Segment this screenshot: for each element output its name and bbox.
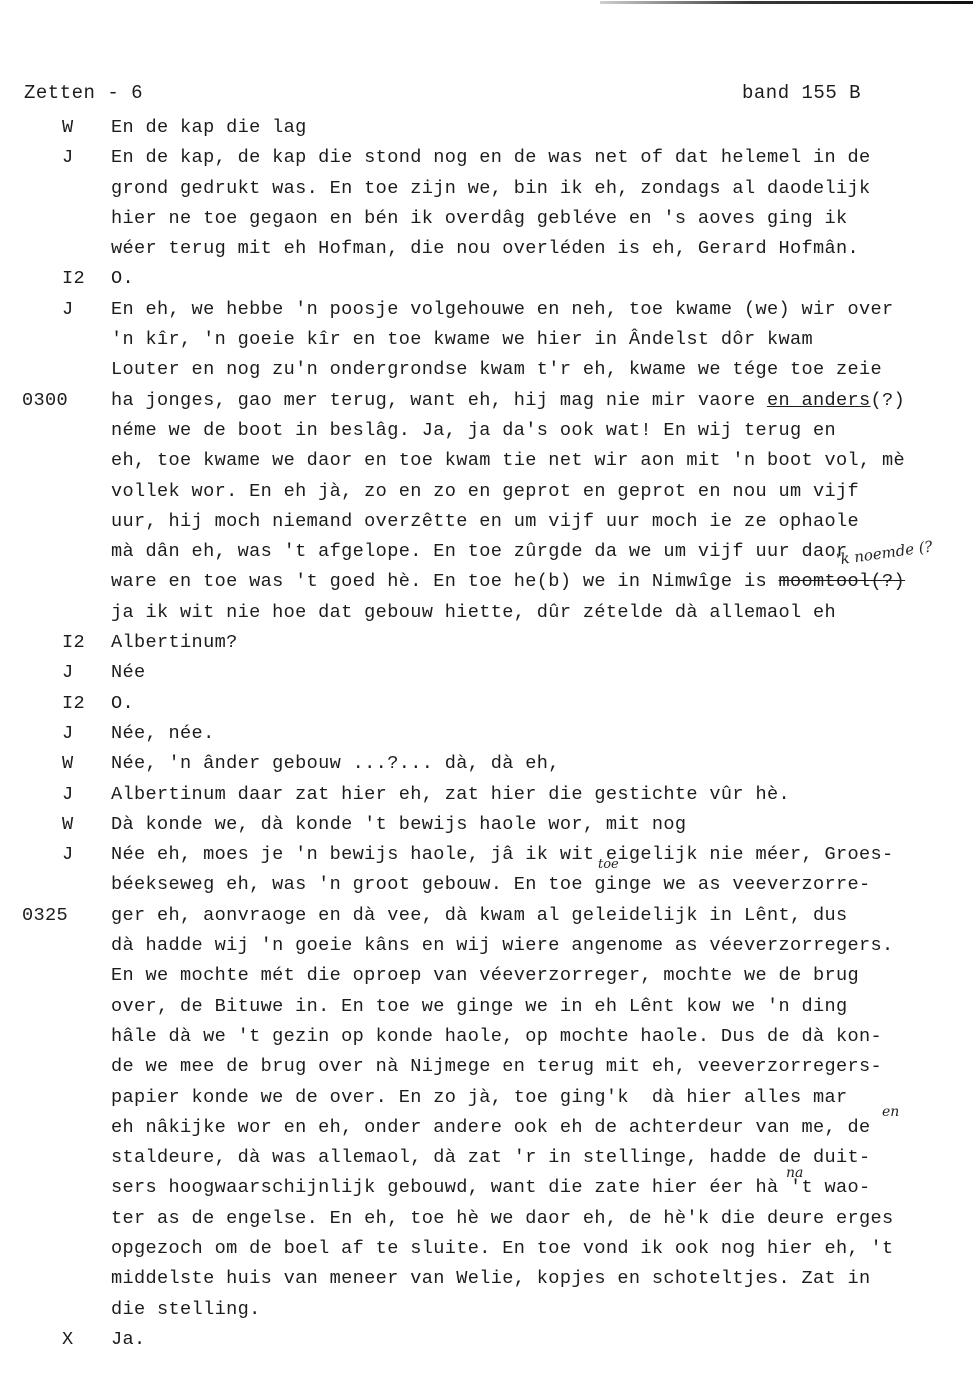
utterance-main: ware en toe was 't goed hè. En toe he(b)… xyxy=(111,571,778,592)
utterance-text: Née, 'n ânder gebouw ...?... dà, dà eh, xyxy=(111,749,560,779)
utterance-text: En eh, we hebbe 'n poosje volgehouwe en … xyxy=(111,295,894,325)
utterance-main: En de kap die lag xyxy=(111,117,307,138)
utterance-main: uur, hij moch niemand overzêtte en um vi… xyxy=(111,511,859,532)
utterance-main: grond gedrukt was. En toe zijn we, bin i… xyxy=(111,178,871,199)
speaker-label: W xyxy=(62,810,106,840)
transcript-line: En we mochte mét die oproep van véeverzo… xyxy=(0,961,973,991)
utterance-text: Née eh, moes je 'n bewijs haole, jâ ik w… xyxy=(111,840,894,870)
transcript-line: 0300ha jonges, gao mer terug, want eh, h… xyxy=(0,386,973,416)
transcript-line: opgezoch om de boel af te sluite. En toe… xyxy=(0,1234,973,1264)
speaker-label: J xyxy=(62,719,106,749)
transcript-line: die stelling. xyxy=(0,1295,973,1325)
transcript-line: JAlbertinum daar zat hier eh, zat hier d… xyxy=(0,780,973,810)
handwritten-annotation-en: en xyxy=(882,1104,899,1120)
utterance-text: hâle dà we 't gezin op konde haole, op m… xyxy=(111,1022,882,1052)
transcript-line: grond gedrukt was. En toe zijn we, bin i… xyxy=(0,174,973,204)
speaker-label: I2 xyxy=(62,264,106,294)
utterance-text: de we mee de brug over nà Nijmege en ter… xyxy=(111,1052,882,1082)
transcript-line: néme we de boot in beslâg. Ja, ja da's o… xyxy=(0,416,973,446)
utterance-main: over, de Bituwe in. En toe we ginge we i… xyxy=(111,996,848,1017)
transcript-line: middelste huis van meneer van Welie, kop… xyxy=(0,1264,973,1294)
utterance-text: opgezoch om de boel af te sluite. En toe… xyxy=(111,1234,894,1264)
speaker-label: J xyxy=(62,840,106,870)
utterance-text: néme we de boot in beslâg. Ja, ja da's o… xyxy=(111,416,836,446)
transcript-line: staldeure, dà was allemaol, dà zat 'r in… xyxy=(0,1143,973,1173)
transcript-line: I2O. xyxy=(0,264,973,294)
utterance-main: En we mochte mét die oproep van véeverzo… xyxy=(111,965,859,986)
utterance-text: vollek wor. En eh jà, zo en zo en geprot… xyxy=(111,477,859,507)
struck-text: moomtool(?) xyxy=(778,571,905,592)
transcript-line: ter as de engelse. En eh, toe hè we daor… xyxy=(0,1204,973,1234)
utterance-text: En we mochte mét die oproep van véeverzo… xyxy=(111,961,859,991)
utterance-text: O. xyxy=(111,264,134,294)
utterance-text: hier ne toe gegaon en bén ik overdâg geb… xyxy=(111,204,848,234)
timecode: 0300 xyxy=(22,386,68,416)
utterance-main: Ja. xyxy=(111,1329,146,1350)
top-edge-rule xyxy=(600,1,973,4)
transcript-line: ja ik wit nie hoe dat gebouw hiette, dûr… xyxy=(0,598,973,628)
utterance-main: En eh, we hebbe 'n poosje volgehouwe en … xyxy=(111,299,894,320)
utterance-main: opgezoch om de boel af te sluite. En toe… xyxy=(111,1238,894,1259)
utterance-main: O. xyxy=(111,268,134,289)
utterance-main: wéer terug mit eh Hofman, die nou overlé… xyxy=(111,238,859,259)
utterance-text: Née xyxy=(111,658,146,688)
utterance-main: papier konde we de over. En zo jà, toe g… xyxy=(111,1087,848,1108)
utterance-text: En de kap, de kap die stond nog en de wa… xyxy=(111,143,871,173)
transcript: WEn de kap die lagJEn de kap, de kap die… xyxy=(0,113,973,1355)
transcript-line: JNée, née. xyxy=(0,719,973,749)
utterance-text: Dà konde we, dà konde 't bewijs haole wo… xyxy=(111,810,686,840)
utterance-main: Née, née. xyxy=(111,723,215,744)
speaker-label: W xyxy=(62,749,106,779)
transcript-line: I2O. xyxy=(0,689,973,719)
transcript-line: sers hoogwaarschijnlijk gebouwd, want di… xyxy=(0,1173,973,1203)
utterance-main: middelste huis van meneer van Welie, kop… xyxy=(111,1268,871,1289)
transcript-line: 'n kîr, 'n goeie kîr en toe kwame we hie… xyxy=(0,325,973,355)
utterance-text: sers hoogwaarschijnlijk gebouwd, want di… xyxy=(111,1173,871,1203)
transcript-line: WNée, 'n ânder gebouw ...?... dà, dà eh, xyxy=(0,749,973,779)
utterance-main: eh nâkijke wor en eh, onder andere ook e… xyxy=(111,1117,871,1138)
utterance-main: Albertinum daar zat hier eh, zat hier di… xyxy=(111,784,790,805)
handwritten-annotation-toe: toe xyxy=(598,857,619,872)
speaker-label: J xyxy=(62,143,106,173)
utterance-main: Née eh, moes je 'n bewijs haole, jâ ik w… xyxy=(111,844,894,865)
utterance-text: wéer terug mit eh Hofman, die nou overlé… xyxy=(111,234,859,264)
utterance-text: Albertinum? xyxy=(111,628,238,658)
timecode: 0325 xyxy=(22,901,68,931)
utterance-text: Albertinum daar zat hier eh, zat hier di… xyxy=(111,780,790,810)
utterance-suffix: (?) xyxy=(871,390,906,411)
transcript-line: eh, toe kwame we daor en toe kwam tie ne… xyxy=(0,446,973,476)
utterance-main: O. xyxy=(111,693,134,714)
utterance-main: mà dân eh, was 't afgelope. En toe zûrgd… xyxy=(111,541,848,562)
utterance-text: O. xyxy=(111,689,134,719)
underlined-text: en anders xyxy=(767,390,871,411)
speaker-label: X xyxy=(62,1325,106,1355)
transcript-line: ware en toe was 't goed hè. En toe he(b)… xyxy=(0,567,973,597)
transcript-line: eh nâkijke wor en eh, onder andere ook e… xyxy=(0,1113,973,1143)
transcript-line: WEn de kap die lag xyxy=(0,113,973,143)
transcript-line: I2Albertinum? xyxy=(0,628,973,658)
transcript-line: dà hadde wij 'n goeie kâns en wij wiere … xyxy=(0,931,973,961)
utterance-text: papier konde we de over. En zo jà, toe g… xyxy=(111,1083,848,1113)
speaker-label: W xyxy=(62,113,106,143)
utterance-main: sers hoogwaarschijnlijk gebouwd, want di… xyxy=(111,1177,871,1198)
utterance-main: die stelling. xyxy=(111,1299,261,1320)
utterance-main: Albertinum? xyxy=(111,632,238,653)
transcript-line: XJa. xyxy=(0,1325,973,1355)
utterance-main: hâle dà we 't gezin op konde haole, op m… xyxy=(111,1026,882,1047)
transcript-line: over, de Bituwe in. En toe we ginge we i… xyxy=(0,992,973,1022)
tape-reference: band 155 B xyxy=(742,82,861,104)
utterance-main: 'n kîr, 'n goeie kîr en toe kwame we hie… xyxy=(111,329,813,350)
transcript-line: wéer terug mit eh Hofman, die nou overlé… xyxy=(0,234,973,264)
utterance-main: néme we de boot in beslâg. Ja, ja da's o… xyxy=(111,420,836,441)
utterance-text: die stelling. xyxy=(111,1295,261,1325)
utterance-text: grond gedrukt was. En toe zijn we, bin i… xyxy=(111,174,871,204)
utterance-main: staldeure, dà was allemaol, dà zat 'r in… xyxy=(111,1147,871,1168)
speaker-label: J xyxy=(62,780,106,810)
transcript-line: Louter en nog zu'n ondergrondse kwam t'r… xyxy=(0,355,973,385)
utterance-text: Ja. xyxy=(111,1325,146,1355)
transcript-line: 0325ger eh, aonvraoge en dà vee, dà kwam… xyxy=(0,901,973,931)
utterance-main: hier ne toe gegaon en bén ik overdâg geb… xyxy=(111,208,848,229)
transcript-line: JEn eh, we hebbe 'n poosje volgehouwe en… xyxy=(0,295,973,325)
utterance-text: 'n kîr, 'n goeie kîr en toe kwame we hie… xyxy=(111,325,813,355)
utterance-main: ter as de engelse. En eh, toe hè we daor… xyxy=(111,1208,894,1229)
utterance-text: ja ik wit nie hoe dat gebouw hiette, dûr… xyxy=(111,598,836,628)
utterance-main: de we mee de brug over nà Nijmege en ter… xyxy=(111,1056,882,1077)
transcript-line: hier ne toe gegaon en bén ik overdâg geb… xyxy=(0,204,973,234)
utterance-text: mà dân eh, was 't afgelope. En toe zûrgd… xyxy=(111,537,848,567)
utterance-main: ha jonges, gao mer terug, want eh, hij m… xyxy=(111,390,767,411)
utterance-main: Née, 'n ânder gebouw ...?... dà, dà eh, xyxy=(111,753,560,774)
utterance-text: uur, hij moch niemand overzêtte en um vi… xyxy=(111,507,859,537)
handwritten-annotation-na: na xyxy=(786,1165,803,1181)
utterance-main: eh, toe kwame we daor en toe kwam tie ne… xyxy=(111,450,905,471)
speaker-label: I2 xyxy=(62,689,106,719)
utterance-text: ware en toe was 't goed hè. En toe he(b)… xyxy=(111,567,905,597)
utterance-text: middelste huis van meneer van Welie, kop… xyxy=(111,1264,871,1294)
utterance-main: Dà konde we, dà konde 't bewijs haole wo… xyxy=(111,814,686,835)
utterance-main: Louter en nog zu'n ondergrondse kwam t'r… xyxy=(111,359,882,380)
transcript-line: papier konde we de over. En zo jà, toe g… xyxy=(0,1083,973,1113)
utterance-text: over, de Bituwe in. En toe we ginge we i… xyxy=(111,992,848,1022)
speaker-label: J xyxy=(62,295,106,325)
utterance-text: Née, née. xyxy=(111,719,215,749)
transcript-line: béekseweg eh, was 'n groot gebouw. En to… xyxy=(0,870,973,900)
utterance-main: béekseweg eh, was 'n groot gebouw. En to… xyxy=(111,874,871,895)
utterance-text: béekseweg eh, was 'n groot gebouw. En to… xyxy=(111,870,871,900)
transcript-line: JNée eh, moes je 'n bewijs haole, jâ ik … xyxy=(0,840,973,870)
transcript-line: hâle dà we 't gezin op konde haole, op m… xyxy=(0,1022,973,1052)
transcript-line: JNée xyxy=(0,658,973,688)
utterance-text: ter as de engelse. En eh, toe hè we daor… xyxy=(111,1204,894,1234)
utterance-main: dà hadde wij 'n goeie kâns en wij wiere … xyxy=(111,935,894,956)
utterance-text: eh, toe kwame we daor en toe kwam tie ne… xyxy=(111,446,905,476)
utterance-main: Née xyxy=(111,662,146,683)
transcript-line: vollek wor. En eh jà, zo en zo en geprot… xyxy=(0,477,973,507)
transcript-line: uur, hij moch niemand overzêtte en um vi… xyxy=(0,507,973,537)
utterance-text: En de kap die lag xyxy=(111,113,307,143)
transcript-line: mà dân eh, was 't afgelope. En toe zûrgd… xyxy=(0,537,973,567)
utterance-main: vollek wor. En eh jà, zo en zo en geprot… xyxy=(111,481,859,502)
utterance-text: Louter en nog zu'n ondergrondse kwam t'r… xyxy=(111,355,882,385)
utterance-text: dà hadde wij 'n goeie kâns en wij wiere … xyxy=(111,931,894,961)
utterance-text: ha jonges, gao mer terug, want eh, hij m… xyxy=(111,386,905,416)
utterance-main: ger eh, aonvraoge en dà vee, dà kwam al … xyxy=(111,905,848,926)
speaker-label: I2 xyxy=(62,628,106,658)
transcript-line: JEn de kap, de kap die stond nog en de w… xyxy=(0,143,973,173)
transcript-line: WDà konde we, dà konde 't bewijs haole w… xyxy=(0,810,973,840)
utterance-main: ja ik wit nie hoe dat gebouw hiette, dûr… xyxy=(111,602,836,623)
document-title: Zetten - 6 xyxy=(24,82,143,104)
utterance-text: eh nâkijke wor en eh, onder andere ook e… xyxy=(111,1113,871,1143)
utterance-main: En de kap, de kap die stond nog en de wa… xyxy=(111,147,871,168)
speaker-label: J xyxy=(62,658,106,688)
utterance-text: ger eh, aonvraoge en dà vee, dà kwam al … xyxy=(111,901,848,931)
transcript-line: de we mee de brug over nà Nijmege en ter… xyxy=(0,1052,973,1082)
utterance-text: staldeure, dà was allemaol, dà zat 'r in… xyxy=(111,1143,871,1173)
